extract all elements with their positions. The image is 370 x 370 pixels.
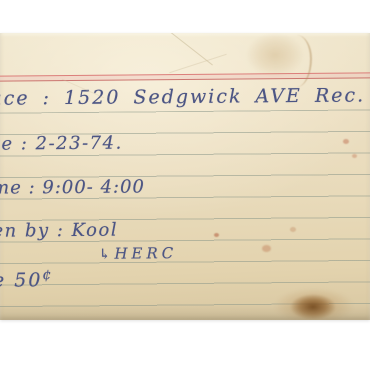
price-text: e 50 <box>0 269 42 291</box>
herc-text: HERC <box>114 244 177 263</box>
down-right-arrow-mark: ↳ <box>99 247 111 263</box>
red-header-rule <box>0 72 370 81</box>
handwriting-herc-line: ↳HERC <box>99 244 178 263</box>
cent-sign: ¢ <box>42 267 51 283</box>
worn-bottom-edge <box>0 304 370 320</box>
handwriting-price-line: e 50¢ <box>0 267 51 292</box>
handwriting-given-by-line: en by : Kool <box>0 220 118 242</box>
card-content: ace : 1520 Sedgwick AVE Rec. Ro te : 2-2… <box>0 33 370 320</box>
handwriting-time-line: me : 9:00- 4:00 <box>0 176 145 198</box>
photo-background: ace : 1520 Sedgwick AVE Rec. Ro te : 2-2… <box>0 0 370 370</box>
handwriting-address-line: ace : 1520 Sedgwick AVE Rec. Ro <box>0 84 370 110</box>
handwriting-date-line: te : 2-23-74. <box>0 133 123 155</box>
index-card: ace : 1520 Sedgwick AVE Rec. Ro te : 2-2… <box>0 33 370 320</box>
